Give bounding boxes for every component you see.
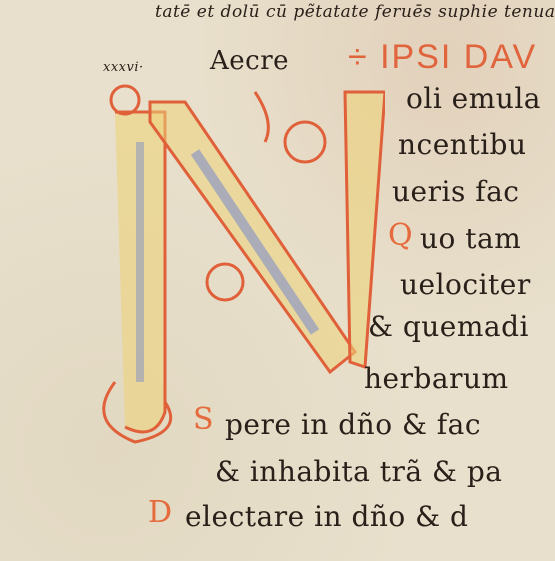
- decorated-initial-n: [95, 82, 385, 452]
- text-line: ueris fac: [392, 175, 519, 208]
- rubric-heading: ÷ IPSI DAV: [348, 38, 537, 77]
- incipit: Aecre: [210, 46, 289, 76]
- text-line: oli emula: [406, 82, 541, 115]
- minor-initial: S: [193, 402, 214, 437]
- text-line: uelociter: [400, 268, 531, 301]
- section-numeral: xxxvi·: [103, 60, 144, 75]
- minor-initial: D: [148, 495, 172, 530]
- text-line: & inhabita trã & pa: [215, 455, 502, 488]
- text-line: pere in dño & fac: [225, 408, 481, 441]
- text-line: herbarum: [364, 362, 509, 395]
- minor-initial: Q: [388, 218, 413, 253]
- text-line: ncentibu: [398, 128, 526, 161]
- text-line: uo tam: [420, 222, 521, 255]
- text-line: electare in dño & d: [185, 500, 468, 533]
- top-text-line: tatē et dolū cū pẽtatate feruēs suphie t…: [155, 2, 555, 22]
- text-line: & quemadi: [368, 310, 529, 343]
